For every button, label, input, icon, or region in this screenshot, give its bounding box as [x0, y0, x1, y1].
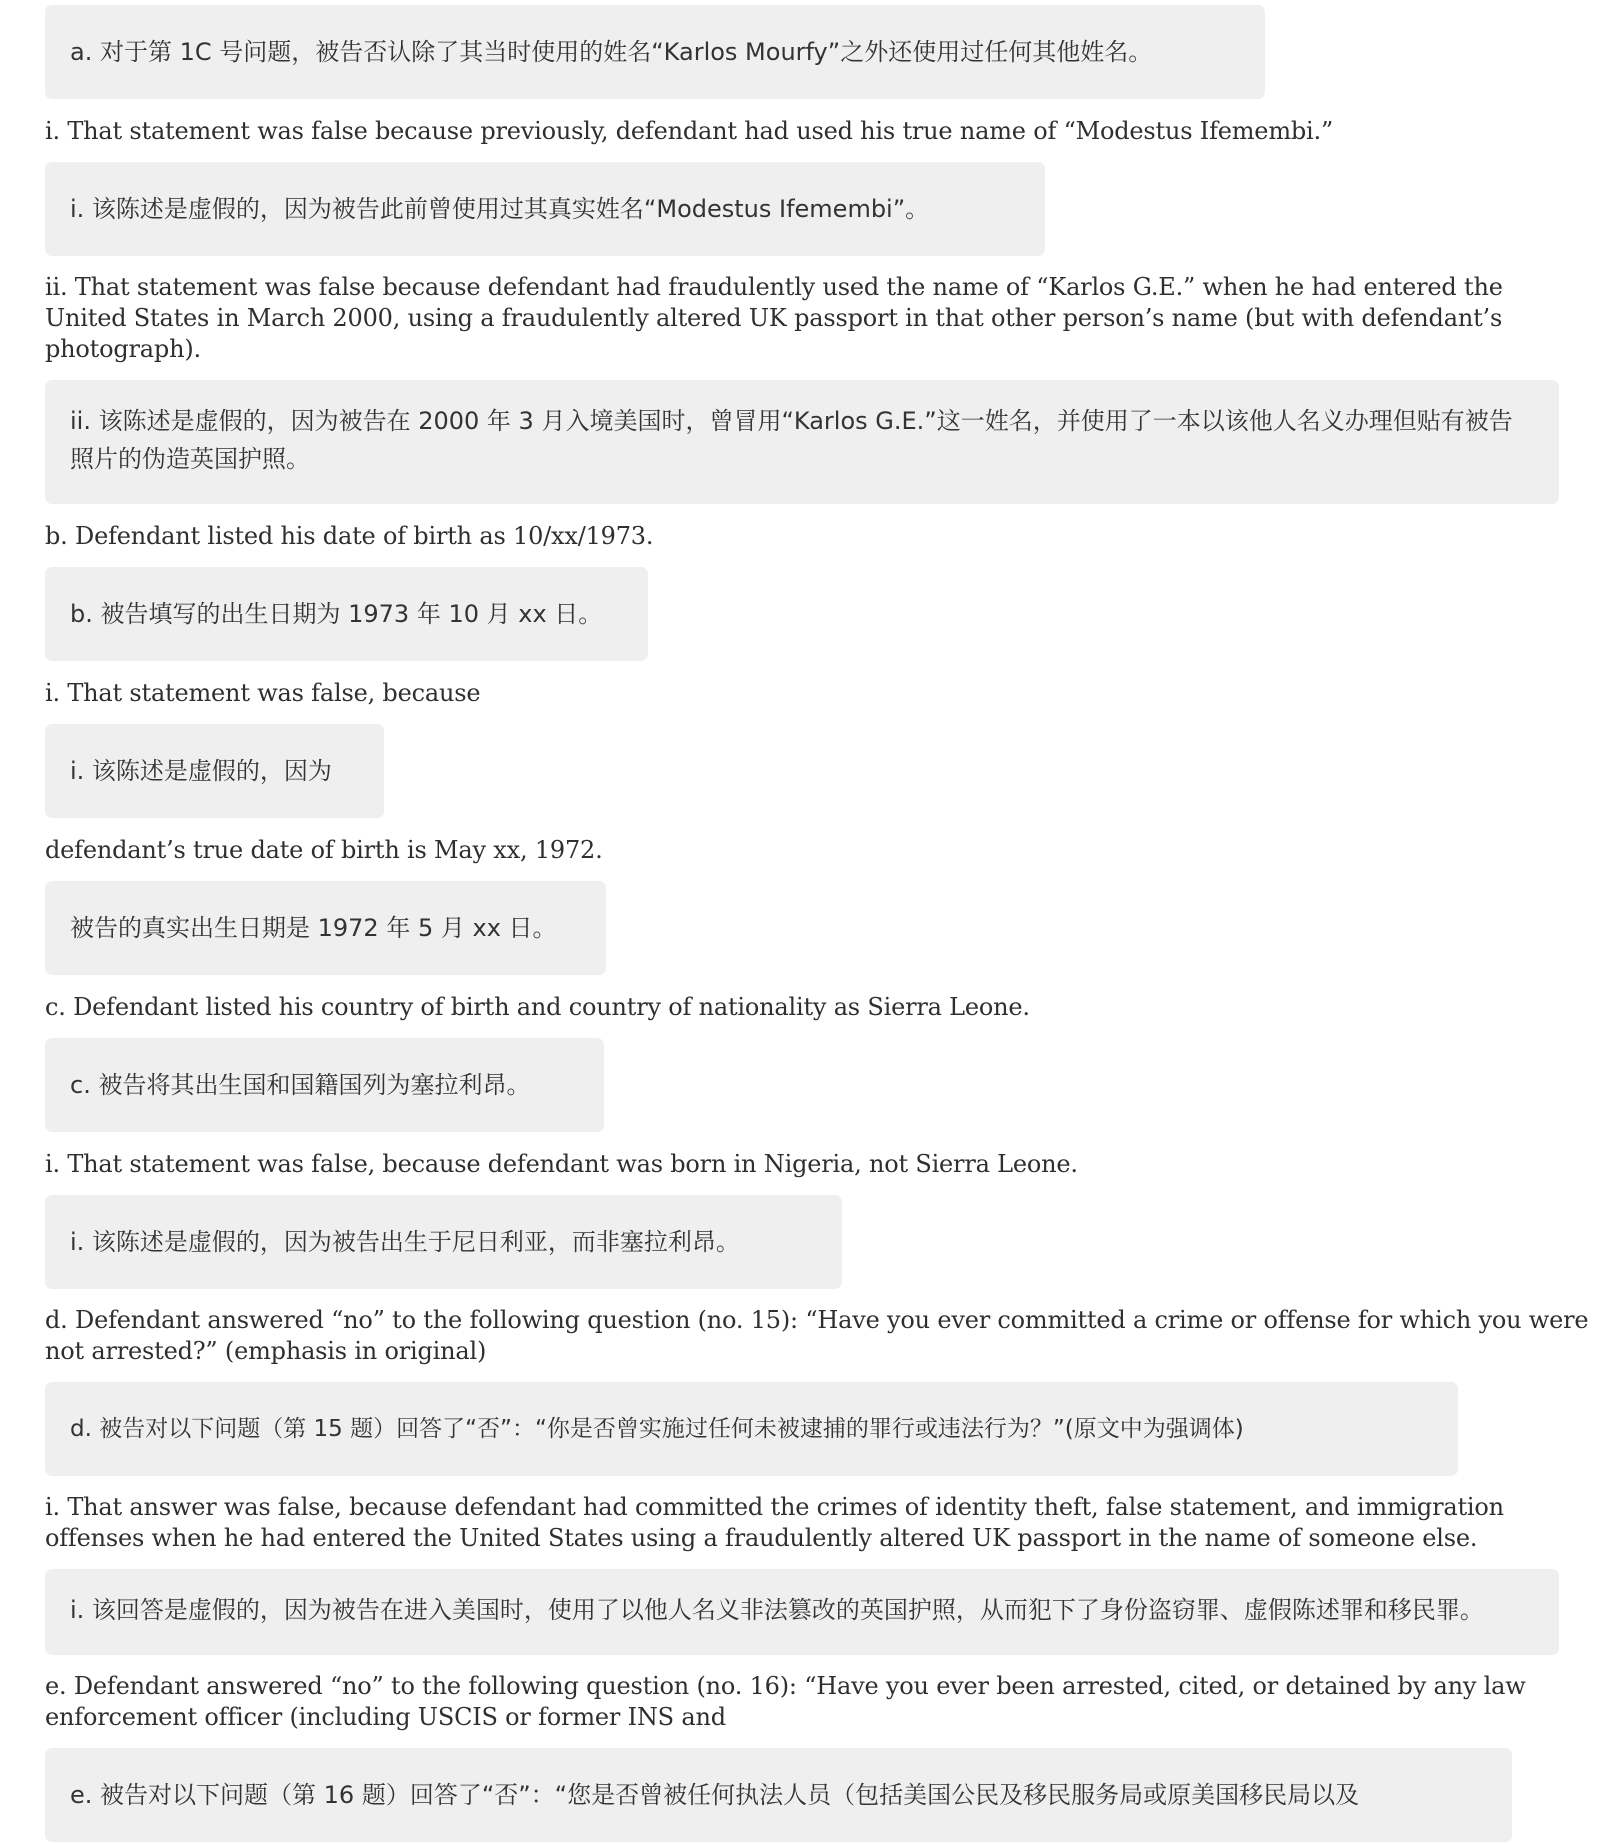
translation-box: i. 该回答是虚假的，因为被告在进入美国时，使用了以他人名义非法篡改的英国护照，… [45, 1569, 1559, 1655]
translation-box: i. 该陈述是虚假的，因为被告出生于尼日利亚，而非塞拉利昂。 [45, 1195, 842, 1289]
translation-block-b: b. 被告填写的出生日期为 1973 年 10 月 xx 日。 [45, 567, 1596, 661]
translation-block-c: c. 被告将其出生国和国籍国列为塞拉利昂。 [45, 1038, 1596, 1132]
source-paragraph-a-ii: ii. That statement was false because def… [45, 272, 1545, 365]
source-paragraph-d: d. Defendant answered “no” to the follow… [45, 1305, 1596, 1367]
translation-block-e: e. 被告对以下问题（第 16 题）回答了“否”：“您是否曾被任何执法人员（包括… [45, 1748, 1596, 1842]
bilingual-document: a. 对于第 1C 号问题，被告否认除了其当时使用的姓名“Karlos Mour… [45, 5, 1596, 1842]
translation-block-d-i: i. 该回答是虚假的，因为被告在进入美国时，使用了以他人名义非法篡改的英国护照，… [45, 1569, 1596, 1655]
source-paragraph-c-i: i. That statement was false, because def… [45, 1149, 1596, 1180]
translation-block-a-ii: ii. 该陈述是虚假的，因为被告在 2000 年 3 月入境美国时，曾冒用“Ka… [45, 380, 1596, 504]
source-paragraph-a-i: i. That statement was false because prev… [45, 116, 1596, 147]
translation-box: 被告的真实出生日期是 1972 年 5 月 xx 日。 [45, 881, 606, 975]
source-paragraph-b-i: i. That statement was false, because [45, 678, 1596, 709]
source-paragraph-e: e. Defendant answered “no” to the follow… [45, 1671, 1545, 1733]
translation-box: ii. 该陈述是虚假的，因为被告在 2000 年 3 月入境美国时，曾冒用“Ka… [45, 380, 1559, 504]
source-paragraph-b: b. Defendant listed his date of birth as… [45, 521, 1596, 552]
translation-box: i. 该陈述是虚假的，因为 [45, 724, 384, 818]
translation-block-b-i: i. 该陈述是虚假的，因为 [45, 724, 1596, 818]
translation-block-b-i-cont: 被告的真实出生日期是 1972 年 5 月 xx 日。 [45, 881, 1596, 975]
translation-block-c-i: i. 该陈述是虚假的，因为被告出生于尼日利亚，而非塞拉利昂。 [45, 1195, 1596, 1289]
translation-block-a-i: i. 该陈述是虚假的，因为被告此前曾使用过其真实姓名“Modestus Ifem… [45, 162, 1596, 256]
translation-block-d: d. 被告对以下问题（第 15 题）回答了“否”：“你是否曾实施过任何未被逮捕的… [45, 1382, 1596, 1476]
translation-box: c. 被告将其出生国和国籍国列为塞拉利昂。 [45, 1038, 604, 1132]
translation-box: b. 被告填写的出生日期为 1973 年 10 月 xx 日。 [45, 567, 648, 661]
translation-box: d. 被告对以下问题（第 15 题）回答了“否”：“你是否曾实施过任何未被逮捕的… [45, 1382, 1458, 1476]
translation-block-a: a. 对于第 1C 号问题，被告否认除了其当时使用的姓名“Karlos Mour… [45, 5, 1596, 99]
translation-box: i. 该陈述是虚假的，因为被告此前曾使用过其真实姓名“Modestus Ifem… [45, 162, 1045, 256]
source-paragraph-b-i-cont: defendant’s true date of birth is May xx… [45, 835, 1596, 866]
source-paragraph-c: c. Defendant listed his country of birth… [45, 992, 1596, 1023]
translation-box: e. 被告对以下问题（第 16 题）回答了“否”：“您是否曾被任何执法人员（包括… [45, 1748, 1512, 1842]
source-paragraph-d-i: i. That answer was false, because defend… [45, 1492, 1545, 1554]
translation-box: a. 对于第 1C 号问题，被告否认除了其当时使用的姓名“Karlos Mour… [45, 5, 1265, 99]
